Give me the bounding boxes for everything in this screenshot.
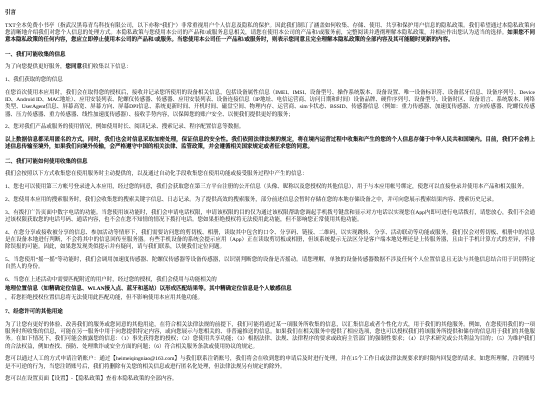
paragraph: 3、有拨打广告页面中数字电话的功能。当您使用该功能时，我们会申请电话权限，申请该… <box>5 210 535 225</box>
text-segment: 您同意 <box>66 64 83 70</box>
paragraph: 4、在您分享或接收被分享的信息、参加活动等情形下，我们需要访问您的剪切板、相册，… <box>5 230 535 252</box>
paragraph: TXT全本免费小书亭（指武汉黑莓青鸟科技有限公司，以下亦称“我们”）非常重视用户… <box>5 23 535 45</box>
paragraph: ，若您拒绝授权位置信息将无法使用此匹配功能，但不影响使用本应用其他功能。 <box>5 295 535 302</box>
text-segment: 引言 <box>5 10 16 16</box>
text-segment: 1、您也可以使用第三方帐号登录进入本应用，经过您的同意，我们会获取您在第三方平台… <box>5 184 528 190</box>
text-segment: 4、在您分享或接收被分享的信息、参加活动等情形下，我们需要访问您的剪切板、相册，… <box>5 230 535 251</box>
text-segment: 地理位置信息（如精确定位信息、WLAN接入点、蓝牙和基站）以形成匹配结果等。其中… <box>5 286 292 292</box>
paragraph: 6、当您在上述活动中需要匹配附近的用户时，经过您的授权，我们会使用与功能相关的 <box>5 277 535 284</box>
text-segment: 以上数据信息都采用匿名的方式。同时，我们也会对信息采取加密处理，保证信息的安全性… <box>5 137 535 150</box>
paragraph: 以上数据信息都采用匿名的方式。同时，我们也会对信息采取加密处理，保证信息的安全性… <box>5 137 535 152</box>
paragraph: 您可以在设置页面【设置】-【隐私政策】查看本隐私政策的全部内容。 <box>5 376 535 383</box>
text-segment: 2、您使用本应用的搜索服务时，我们会收集您的搜索关键字信息、日志记录。为了提供高… <box>5 197 497 203</box>
text-segment: 7、经您许可的其他用途 <box>5 309 63 315</box>
text-segment: 5、当您使用“摇一摇”等功能时，我们会调用加速度传感器、陀螺仪传感器等设备传感器… <box>5 257 535 270</box>
text-segment: 二、我们可能如何使用收集的信息 <box>5 159 88 165</box>
paragraph: 2、您对我们产品或服务的使用情况，例如使用时长、阅读记录、搜索记录、程序配置信息… <box>5 124 535 131</box>
paragraph: 2、您使用本应用的搜索服务时，我们会收集您的搜索关键字信息、日志记录。为了提供高… <box>5 197 535 204</box>
text-segment: 为了向您提供更好服务， <box>5 64 66 70</box>
paragraph: 为了让您有更好的体验、改善我们的服务或您同意的其他用途，在符合相关法律法规的前提… <box>5 322 535 351</box>
text-segment: 您可以通过人工的方式申请注销账户：通过【heimeiqingniao@163.c… <box>5 356 535 369</box>
paragraph: 在您首次使用本应用时，我们会在取得您的授权后，接收并记录您所使用的设备相关信息，… <box>5 90 535 119</box>
text-segment: ，若您拒绝授权位置信息将无法使用此匹配功能，但不影响使用本应用其他功能。 <box>5 295 203 301</box>
section-heading: 一、我们可能收集的信息 <box>5 52 535 59</box>
section-heading: 7、经您许可的其他用途 <box>5 309 535 316</box>
section-heading: 引言 <box>5 10 535 17</box>
paragraph: 地理位置信息（如精确定位信息、WLAN接入点、蓝牙和基站）以形成匹配结果等。其中… <box>5 286 535 293</box>
document-body: 引言TXT全本免费小书亭（指武汉黑莓青鸟科技有限公司，以下亦称“我们”）非常重视… <box>5 10 535 384</box>
text-segment: 我们会按照以下方式收集您在使用服务时主动提供的，以及通过自动化手段收集您在使用功… <box>5 171 308 177</box>
text-segment: 2、您对我们产品或服务的使用情况，例如使用时长、阅读记录、搜索记录、程序配置信息… <box>5 124 244 130</box>
text-segment: 1、我们获取的您的信息 <box>5 77 63 83</box>
text-segment: 为了让您有更好的体验、改善我们的服务或您同意的其他用途，在符合相关法律法规的前提… <box>5 322 535 350</box>
privacy-policy-page: { "page": { "background_color": "#ffffff… <box>0 0 540 405</box>
text-segment: 一、我们可能收集的信息 <box>5 52 66 58</box>
text-segment: 您可以在设置页面【设置】-【隐私政策】查看本隐私政策的全部内容。 <box>5 376 177 382</box>
text-segment: 3、有拨打广告页面中数字电话的功能。当您使用该功能时，我们会申请电话权限，申请该… <box>5 210 535 223</box>
section-heading: 二、我们可能如何使用收集的信息 <box>5 159 535 166</box>
paragraph: 为了向您提供更好服务，您同意我们收集以下信息： <box>5 64 535 71</box>
text-segment: TXT全本免费小书亭（指武汉黑莓青鸟科技有限公司，以下亦称“我们”）非常重视用户… <box>5 23 535 36</box>
paragraph: 1、我们获取的您的信息 <box>5 77 535 84</box>
paragraph: 我们会按照以下方式收集您在使用服务时主动提供的，以及通过自动化手段收集您在使用功… <box>5 171 535 178</box>
text-segment: 我们收集以下信息： <box>82 64 132 70</box>
paragraph: 1、您也可以使用第三方帐号登录进入本应用，经过您的同意，我们会获取您在第三方平台… <box>5 184 535 191</box>
paragraph: 5、当您使用“摇一摇”等功能时，我们会调用加速度传感器、陀螺仪传感器等设备传感器… <box>5 257 535 272</box>
text-segment: 在您首次使用本应用时，我们会在取得您的授权后，接收并记录您所使用的设备相关信息，… <box>5 90 535 118</box>
text-segment: 6、当您在上述活动中需要匹配附近的用户时，经过您的授权，我们会使用与功能相关的 <box>5 277 217 283</box>
paragraph: 您可以通过人工的方式申请注销账户：通过【heimeiqingniao@163.c… <box>5 356 535 371</box>
